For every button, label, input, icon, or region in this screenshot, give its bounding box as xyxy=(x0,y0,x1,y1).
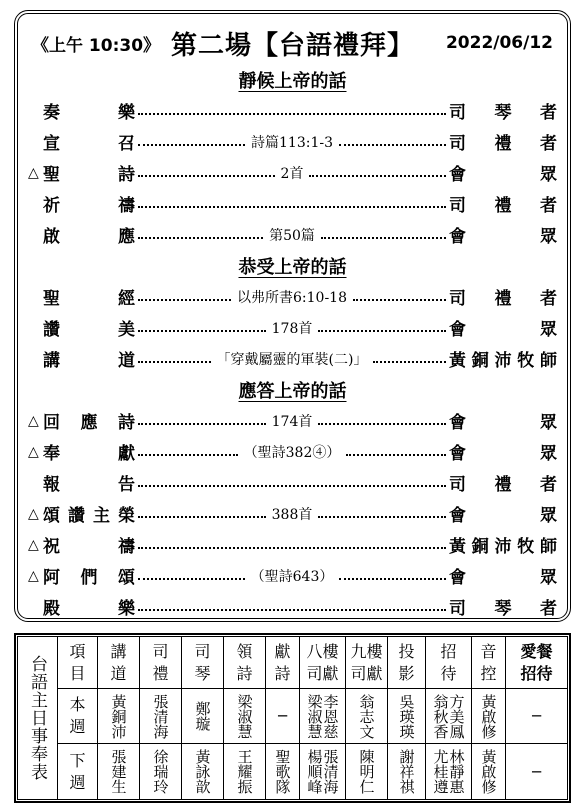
section-heading-text: 應答上帝的話 xyxy=(239,381,347,402)
section-heading-text: 恭受上帝的話 xyxy=(239,257,347,278)
dotted-leader xyxy=(309,175,446,177)
program-line: △ 阿們頌 （聖詩643） 會眾 xyxy=(18,560,567,591)
duty-cell-meal-ushers: ─ xyxy=(506,744,567,799)
stand-marker: △ xyxy=(28,568,43,584)
section-heading: 靜候上帝的話 xyxy=(18,67,567,93)
duty-cell-projection: 吳瑛瑛 xyxy=(388,689,426,743)
duty-cell-offering-8f: 張清海 楊順峰 xyxy=(300,744,346,799)
section-heading: 應答上帝的話 xyxy=(18,377,567,403)
program-item-row: 讚美 178首 會眾 xyxy=(18,315,567,340)
program-line: △ 聖詩 2首 會眾 xyxy=(18,157,567,188)
program-line: △ 回應詩 174首 會眾 xyxy=(18,405,567,436)
duty-cell-liturgist: 張清海 xyxy=(140,689,182,743)
item-performer: 會眾 xyxy=(449,160,557,185)
program-line: 講道 「穿戴屬靈的軍裝(二)」 黃銅沛牧師 xyxy=(18,343,567,374)
duty-cell-sermon: 黃銅沛 xyxy=(98,689,140,743)
col-header-meal-ushers: 愛餐 招待 xyxy=(505,637,567,688)
duty-rows: 本 週 黃銅沛 張清海 鄭璇 梁淑慧 ─ 李恩慈 梁淑慧 翁志文 吳瑛瑛 方美鳳… xyxy=(58,689,567,799)
item-name: 祝禱 xyxy=(43,532,135,557)
stand-marker: △ xyxy=(28,413,43,429)
program-item-row: △ 阿們頌 （聖詩643） 會眾 xyxy=(18,563,567,588)
program-line: △ 頌讚主榮 388首 會眾 xyxy=(18,498,567,529)
service-title: 第二場【台語禮拜】 xyxy=(171,25,414,62)
item-name: 聖詩 xyxy=(43,160,135,185)
program-item-row: 報告 司禮者 xyxy=(18,470,567,495)
program-item-row: 殿樂 司琴者 xyxy=(18,594,567,619)
program-line: △ 奉獻 （聖詩382④） 會眾 xyxy=(18,436,567,467)
section-heading: 恭受上帝的話 xyxy=(18,253,567,279)
item-name: 報告 xyxy=(43,470,135,495)
program-item-row: 宣召 詩篇113:1-3 司禮者 xyxy=(18,129,567,154)
duty-cell-offering-9f: 陳明仁 xyxy=(346,744,388,799)
item-performer: 司禮者 xyxy=(449,129,557,154)
stand-marker: △ xyxy=(28,506,43,522)
program-item-row: 聖經 以弗所書6:10-18 司禮者 xyxy=(18,284,567,309)
col-header-offering-9f: 九樓 司獻 xyxy=(346,637,388,688)
item-performer: 黃銅沛牧師 xyxy=(449,346,557,371)
dotted-leader xyxy=(138,299,231,301)
dotted-leader xyxy=(318,423,446,425)
program-lines: 靜候上帝的話 奏樂 司琴者 xyxy=(18,64,567,622)
program-item-row: △ 回應詩 174首 會眾 xyxy=(18,408,567,433)
col-header-liturgist: 司 禮 xyxy=(140,637,182,688)
dotted-leader xyxy=(339,144,446,146)
duty-cell-anthem: ─ xyxy=(266,689,300,743)
stand-marker: △ xyxy=(28,444,43,460)
program-item-row: △ 頌讚主榮 388首 會眾 xyxy=(18,501,567,526)
col-header-offering-8f: 八樓 司獻 xyxy=(300,637,346,688)
duty-cell-pianist: 鄭璇 xyxy=(182,689,224,743)
item-detail: 以弗所書6:10-18 xyxy=(234,287,350,307)
item-performer: 司禮者 xyxy=(449,284,557,309)
dotted-leader xyxy=(138,423,266,425)
program-line: 啟應 第50篇 會眾 xyxy=(18,219,567,250)
duty-cell-song-leader: 王耀振 xyxy=(224,744,266,799)
duty-roster-inner: 台語主日事奉表 項 目 講 道 司 禮 司 琴 領 詩 獻 詩 八樓 司獻 九樓… xyxy=(17,636,568,800)
item-performer: 會眾 xyxy=(449,222,557,247)
worship-program-box: 《上午 10:30》 第二場【台語禮拜】 2022/06/12 靜候上帝的話 xyxy=(14,10,571,622)
program-line: 報告 司禮者 xyxy=(18,467,567,498)
duty-cell-ushers: 林靜惠 尤桂遵 xyxy=(426,744,472,799)
program-line: 應答上帝的話 xyxy=(18,374,567,405)
dotted-leader xyxy=(138,454,238,456)
item-name: 聖經 xyxy=(43,284,135,309)
duty-table-side-label: 台語主日事奉表 xyxy=(18,637,58,799)
program-line: 讚美 178首 會眾 xyxy=(18,312,567,343)
item-performer: 司禮者 xyxy=(449,470,557,495)
program-line: 祈禱 司禮者 xyxy=(18,188,567,219)
duty-cell-song-leader: 梁淑慧 xyxy=(224,689,266,743)
item-performer: 會眾 xyxy=(449,315,557,340)
duty-cell-ushers: 方美鳳 翁秋香 xyxy=(426,689,472,743)
item-performer: 會眾 xyxy=(449,439,557,464)
item-name: 阿們頌 xyxy=(43,563,135,588)
dotted-leader xyxy=(339,578,446,580)
col-header-ushers: 招 待 xyxy=(426,637,472,688)
duty-cell-anthem: 聖歌隊 xyxy=(266,744,300,799)
item-name: 祈禱 xyxy=(43,191,135,216)
program-item-row: △ 奉獻 （聖詩382④） 會眾 xyxy=(18,439,567,464)
program-item-row: 啟應 第50篇 會眾 xyxy=(18,222,567,247)
dotted-leader xyxy=(138,113,446,115)
item-name: 宣召 xyxy=(43,129,135,154)
program-line: 宣召 詩篇113:1-3 司禮者 xyxy=(18,126,567,157)
dotted-leader xyxy=(346,454,446,456)
item-performer: 黃銅沛牧師 xyxy=(449,532,557,557)
dotted-leader xyxy=(318,330,446,332)
duty-cell-meal-ushers: ─ xyxy=(506,689,567,743)
program-line: 聖經 以弗所書6:10-18 司禮者 xyxy=(18,281,567,312)
item-performer: 會眾 xyxy=(449,408,557,433)
service-date: 2022/06/12 xyxy=(446,33,553,53)
item-performer: 司琴者 xyxy=(449,594,557,619)
program-header: 《上午 10:30》 第二場【台語禮拜】 2022/06/12 xyxy=(18,20,567,64)
church-bulletin-page: 《上午 10:30》 第二場【台語禮拜】 2022/06/12 靜候上帝的話 xyxy=(0,0,585,812)
item-detail: 詩篇113:1-3 xyxy=(248,132,336,152)
item-detail: （聖詩382④） xyxy=(241,442,344,462)
dotted-leader xyxy=(321,237,446,239)
program-item-row: 祈禱 司禮者 xyxy=(18,191,567,216)
item-detail: 「穿戴屬靈的軍裝(二)」 xyxy=(214,349,371,369)
stand-marker: △ xyxy=(28,165,43,181)
item-name: 講道 xyxy=(43,346,135,371)
dotted-leader xyxy=(138,330,266,332)
item-detail: 388首 xyxy=(269,504,316,524)
col-header-projection: 投 影 xyxy=(388,637,426,688)
item-performer: 司琴者 xyxy=(449,98,557,123)
col-header-pianist: 司 琴 xyxy=(182,637,224,688)
duty-row: 下 週 張建生 徐瑞玲 黃詠歆 王耀振 聖歌隊 張清海 楊順峰 陳明仁 謝祥祺 … xyxy=(58,744,567,799)
item-name: 殿樂 xyxy=(43,594,135,619)
duty-cell-sermon: 張建生 xyxy=(98,744,140,799)
dotted-leader xyxy=(138,578,245,580)
item-name: 奉獻 xyxy=(43,439,135,464)
item-name: 讚美 xyxy=(43,315,135,340)
dotted-leader xyxy=(138,144,245,146)
program-item-row: 講道 「穿戴屬靈的軍裝(二)」 黃銅沛牧師 xyxy=(18,346,567,371)
dotted-leader xyxy=(138,516,266,518)
item-name: 回應詩 xyxy=(43,408,135,433)
col-header-song-leader: 領 詩 xyxy=(224,637,266,688)
item-detail: （聖詩643） xyxy=(248,566,337,586)
duty-roster-table: 台語主日事奉表 項 目 講 道 司 禮 司 琴 領 詩 獻 詩 八樓 司獻 九樓… xyxy=(14,633,571,803)
col-header-sermon: 講 道 xyxy=(98,637,140,688)
item-detail: 178首 xyxy=(269,318,316,338)
dotted-leader xyxy=(138,485,446,487)
dotted-leader xyxy=(138,547,446,549)
item-performer: 司禮者 xyxy=(449,191,557,216)
item-performer: 會眾 xyxy=(449,563,557,588)
item-performer: 會眾 xyxy=(449,501,557,526)
item-name: 頌讚主榮 xyxy=(43,501,135,526)
col-header-item: 項 目 xyxy=(58,637,98,688)
item-detail: 2首 xyxy=(278,163,307,183)
program-item-row: 奏樂 司琴者 xyxy=(18,98,567,123)
duty-row-label: 本 週 xyxy=(58,689,98,743)
col-header-anthem: 獻 詩 xyxy=(266,637,300,688)
dotted-leader xyxy=(318,516,446,518)
program-item-row: △ 祝禱 黃銅沛牧師 xyxy=(18,532,567,557)
duty-cell-pianist: 黃詠歆 xyxy=(182,744,224,799)
duty-header-row: 項 目 講 道 司 禮 司 琴 領 詩 獻 詩 八樓 司獻 九樓 司獻 投 影 … xyxy=(58,637,567,689)
duty-columns: 項 目 講 道 司 禮 司 琴 領 詩 獻 詩 八樓 司獻 九樓 司獻 投 影 … xyxy=(58,637,567,799)
dotted-leader xyxy=(138,361,211,363)
dotted-leader xyxy=(373,361,446,363)
item-detail: 174首 xyxy=(269,411,316,431)
duty-cell-sound: 黃啟修 xyxy=(472,744,506,799)
item-detail: 第50篇 xyxy=(266,225,318,245)
duty-row: 本 週 黃銅沛 張清海 鄭璇 梁淑慧 ─ 李恩慈 梁淑慧 翁志文 吳瑛瑛 方美鳳… xyxy=(58,689,567,744)
stand-marker: △ xyxy=(28,537,43,553)
duty-cell-sound: 黃啟修 xyxy=(472,689,506,743)
dotted-leader xyxy=(138,609,446,611)
program-line: △ 祝禱 黃銅沛牧師 xyxy=(18,529,567,560)
item-name: 奏樂 xyxy=(43,98,135,123)
duty-cell-offering-9f: 翁志文 xyxy=(346,689,388,743)
program-item-row: △ 聖詩 2首 會眾 xyxy=(18,160,567,185)
program-line: 恭受上帝的話 xyxy=(18,250,567,281)
item-name: 啟應 xyxy=(43,222,135,247)
section-heading-text: 靜候上帝的話 xyxy=(239,71,347,92)
duty-cell-projection: 謝祥祺 xyxy=(388,744,426,799)
service-time: 《上午 10:30》 xyxy=(32,31,160,56)
program-line: 靜候上帝的話 xyxy=(18,64,567,95)
duty-row-label: 下 週 xyxy=(58,744,98,799)
dotted-leader xyxy=(138,237,263,239)
program-line: 殿樂 司琴者 xyxy=(18,591,567,622)
dotted-leader xyxy=(353,299,446,301)
dotted-leader xyxy=(138,175,275,177)
duty-cell-offering-8f: 李恩慈 梁淑慧 xyxy=(300,689,346,743)
dotted-leader xyxy=(138,206,446,208)
duty-cell-liturgist: 徐瑞玲 xyxy=(140,744,182,799)
program-line: 奏樂 司琴者 xyxy=(18,95,567,126)
col-header-sound: 音 控 xyxy=(472,637,506,688)
